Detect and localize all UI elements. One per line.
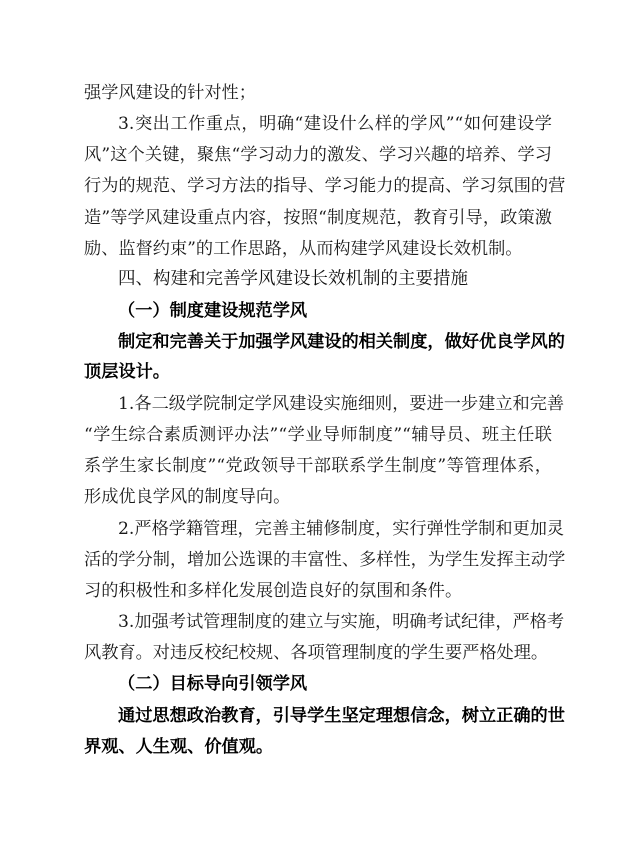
bold-text-line: 界观、人生观、价值观。 bbox=[84, 735, 552, 759]
text-line: 3.突出工作重点，明确“建设什么样的学风”“如何建设学 bbox=[118, 112, 552, 136]
text-line: 风教育。对违反校纪校规、各项管理制度的学生要严格处理。 bbox=[84, 641, 552, 665]
text-line: 强学风建设的针对性； bbox=[84, 81, 552, 105]
text-line: 系学生家长制度”“党政领导干部联系学生制度”等管理体系， bbox=[84, 454, 552, 478]
text-line: 3.加强考试管理制度的建立与实施，明确考试纪律，严格考 bbox=[118, 610, 552, 634]
text-line: 形成优良学风的制度导向。 bbox=[84, 485, 552, 509]
text-line: 造”等学风建设重点内容，按照“制度规范，教育引导，政策激 bbox=[84, 206, 552, 230]
text-line: 2.严格学籍管理，完善主辅修制度，实行弹性学制和更加灵 bbox=[118, 517, 552, 541]
text-line: 励、监督约束”的工作思路，从而构建学风建设长效机制。 bbox=[84, 237, 552, 261]
text-line: 行为的规范、学习方法的指导、学习能力的提高、学习氛围的营 bbox=[84, 174, 552, 198]
text-line: 活的学分制，增加公选课的丰富性、多样性，为学生发挥主动学 bbox=[84, 548, 552, 572]
document-page: 强学风建设的针对性； 3.突出工作重点，明确“建设什么样的学风”“如何建设学 风… bbox=[0, 0, 631, 861]
bold-text-line: 制定和完善关于加强学风建设的相关制度，做好优良学风的 bbox=[118, 330, 552, 354]
text-line: “学生综合素质测评办法”“学业导师制度”“辅导员、班主任联 bbox=[84, 423, 552, 447]
text-line: 1.各二级学院制定学风建设实施细则，要进一步建立和完善 bbox=[118, 392, 552, 416]
section-heading: 四、构建和完善学风建设长效机制的主要措施 bbox=[118, 267, 552, 291]
bold-text-line: 顶层设计。 bbox=[84, 360, 552, 384]
bold-text-line: 通过思想政治教育，引导学生坚定理想信念，树立正确的世 bbox=[118, 704, 552, 728]
text-line: 习的积极性和多样化发展创造良好的氛围和条件。 bbox=[84, 579, 552, 603]
subsection-heading: （二）目标导向引领学风 bbox=[118, 672, 552, 696]
text-line: 风”这个关键，聚焦“学习动力的激发、学习兴趣的培养、学习 bbox=[84, 143, 552, 167]
subsection-heading: （一）制度建设规范学风 bbox=[118, 299, 552, 323]
